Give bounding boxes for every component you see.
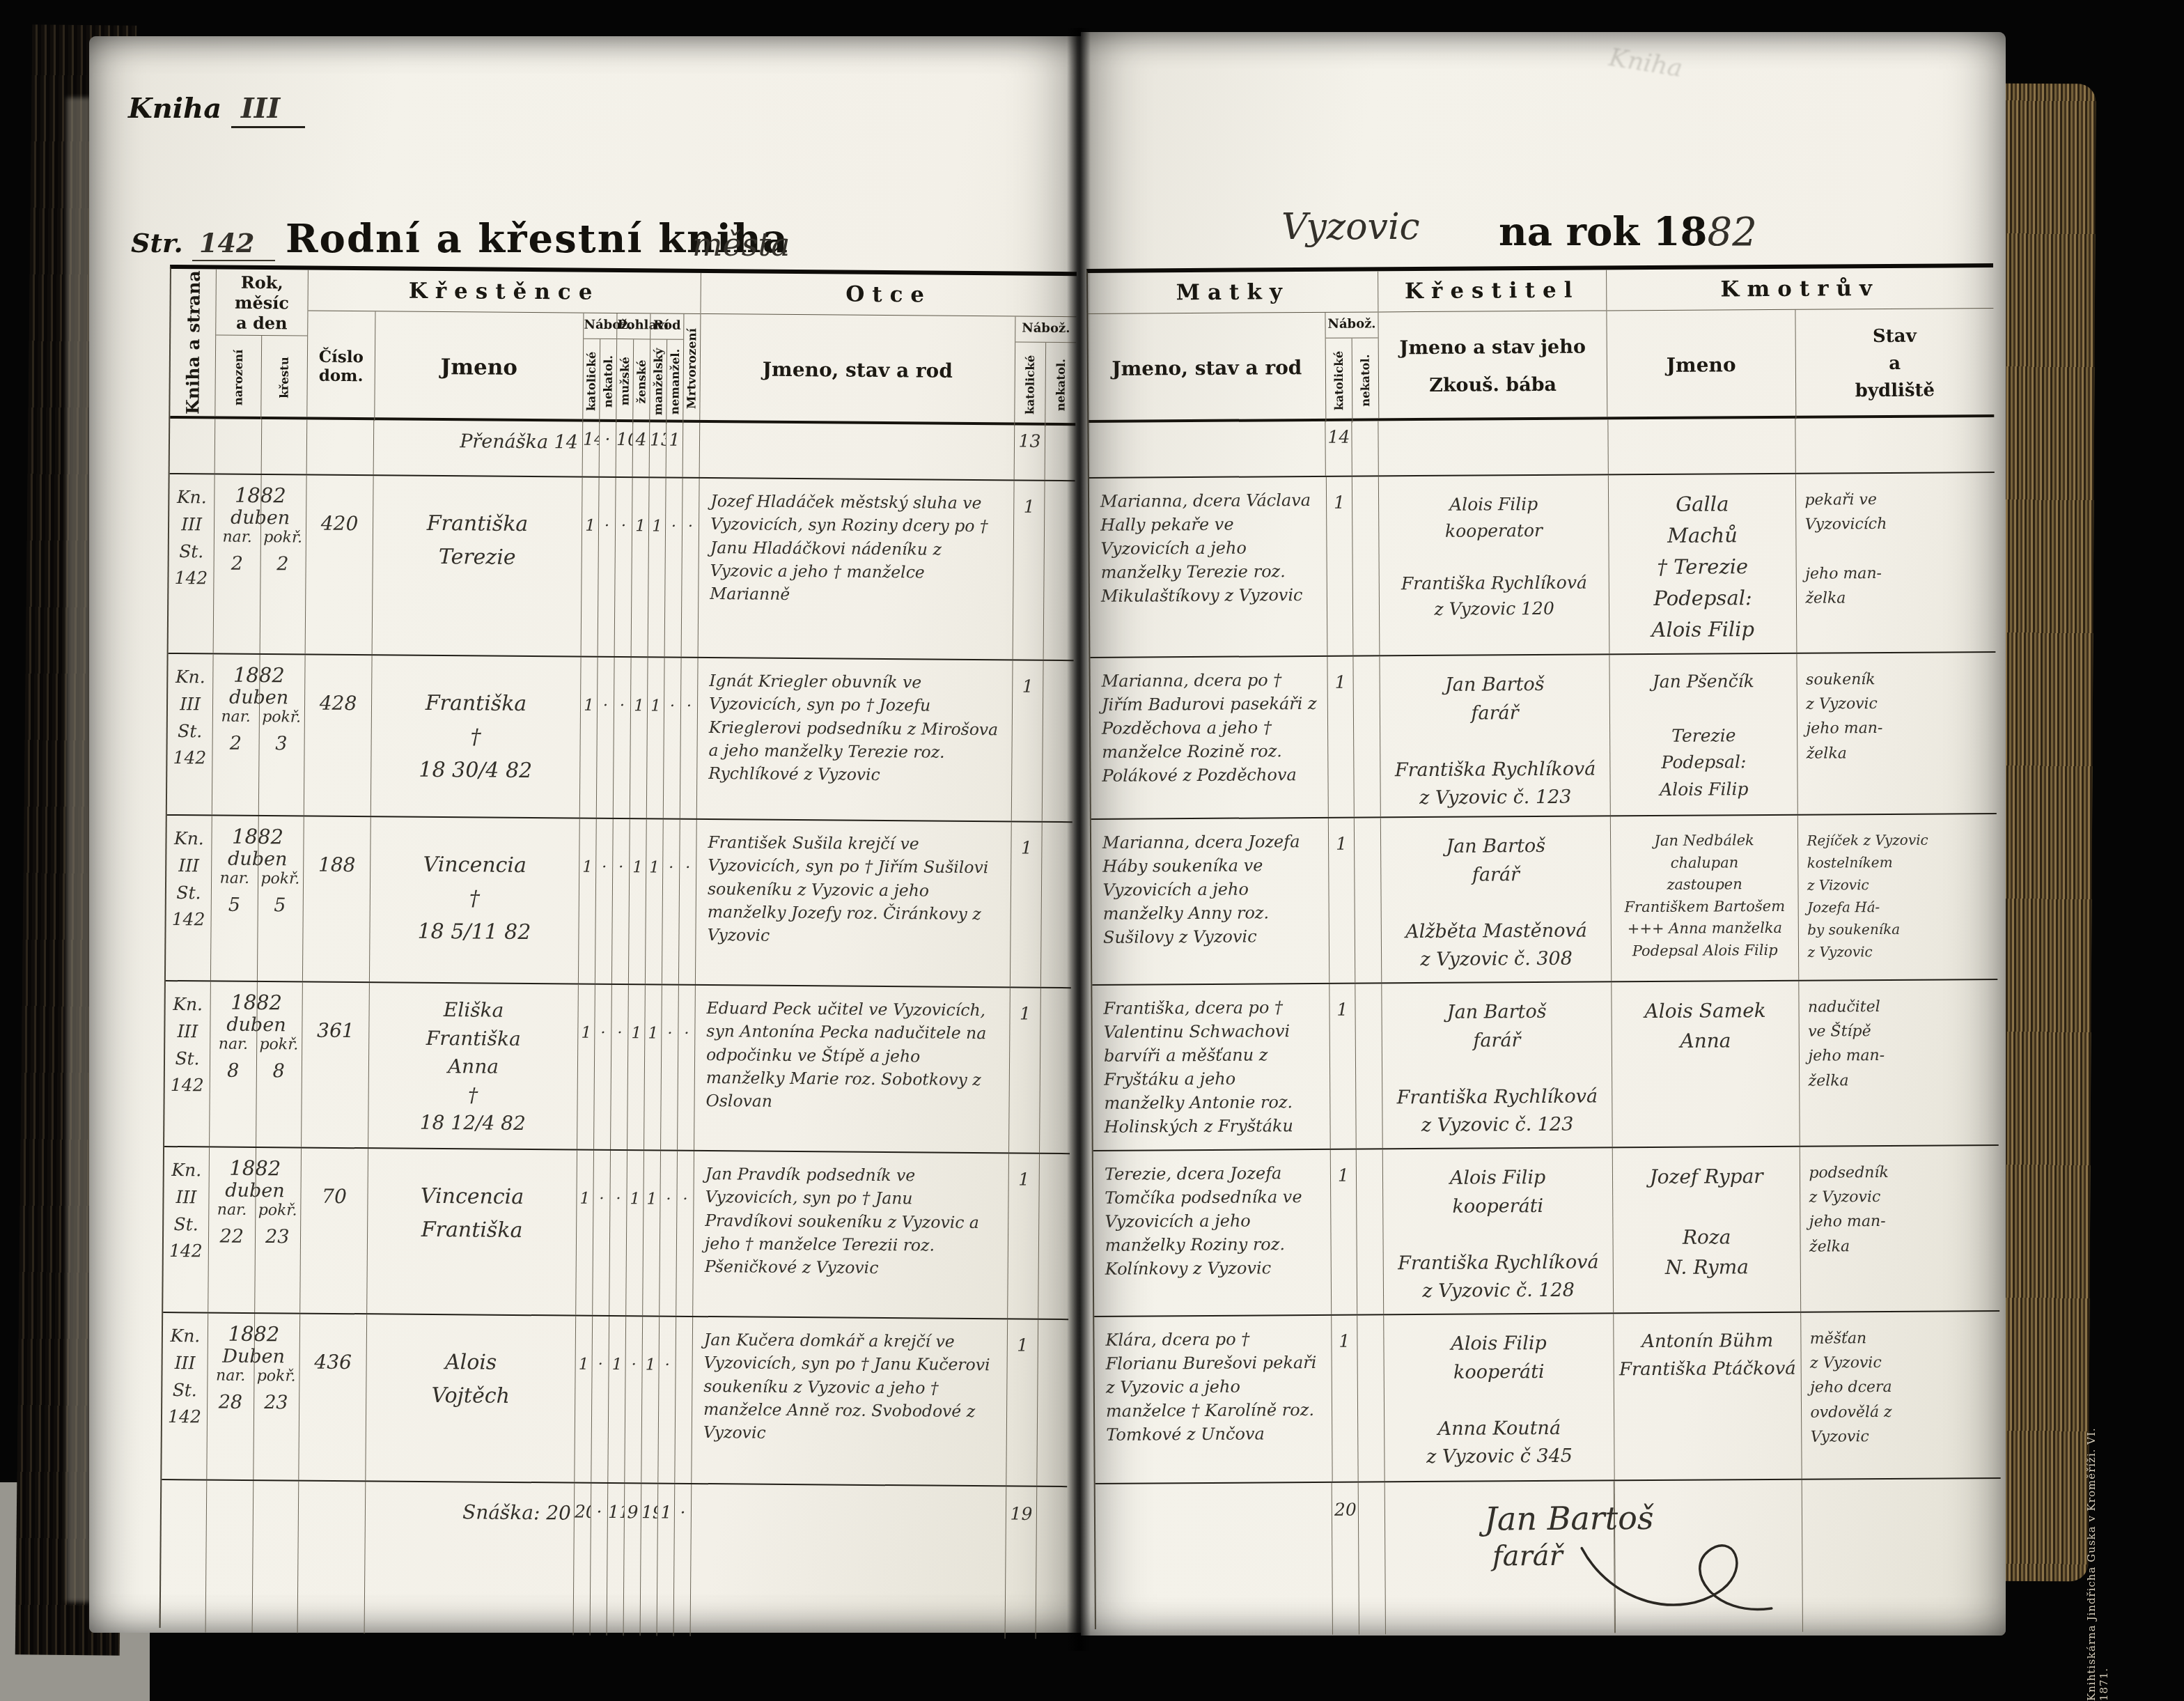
den-krtu: 23 [254,1219,300,1248]
jmeno-label: Jmeno [374,311,584,422]
cell-kmotr-stav: nadučitel ve Štípě jeho man- želka [1799,980,1999,1146]
den-narozeni: 22 [209,1218,255,1248]
col-nekatol: nekatol. [599,339,616,424]
matky-label: Matky [1088,271,1378,314]
nar-label: nar. [214,529,260,547]
cell-cislo-domu: 436 [298,1314,366,1481]
otec-jmeno-stav-rod-label: Jmeno, stav a rod [700,314,1015,426]
cell-matka-naboz: 1 [1331,1316,1358,1482]
rok-mesic-label: Rok, měsíc a den [216,270,308,336]
left-table-header: Kniha a strana Rok, měsíc a den narození… [170,269,1077,426]
register-row-5: Terezie, dcera Jozefa Tomčíka podsedníka… [1093,1146,1999,1317]
cell-matka-naboz-nekatol [1355,984,1382,1148]
matka-naboz-label: Nábož. [1325,312,1378,338]
cell-kniha-strana: Kn. III St. 142 [167,654,213,814]
title-hand-place: Vyzovic [1281,206,1420,248]
cell-cislo-domu: 420 [305,476,373,655]
cell-otec-naboz: 1 [1006,1319,1038,1485]
mark-nekatol: · [599,422,616,476]
mark-mrtvorozeni [674,1317,692,1483]
mark-nekatol: · [593,985,611,1149]
carryover-row: 14 [1089,417,1994,479]
col-katolicke: katolické [583,339,600,424]
cell-cislo-domu: 361 [301,983,369,1148]
cell-datum: 1882 duben nar.pokř. 55 [210,816,304,981]
mark-manzelsky: 1 [642,1151,660,1315]
mark-nekatol: · [591,1316,609,1482]
cell-datum: 1882 duben nar.pokř. 88 [209,981,302,1147]
cell-kniha-strana: Kn. III St. 142 [162,1313,208,1479]
mark-zenske: · [624,1316,642,1482]
cell-krestitel [1378,419,1608,475]
krestitel-label: Křestitel [1378,270,1606,312]
group-kmotruv: Kmotrův Jmeno Stav a bydliště [1606,267,1994,417]
mark-zenske: 1 [631,478,649,656]
cell-kniha-strana [170,419,215,474]
cell-kmotr-jmeno: Jan Nedbálek chalupan zastoupen Františk… [1610,816,1799,981]
cell-kmotr-stav: Rejíček z Vyzovic kostelníkem z Vizovic … [1797,814,1997,980]
mark-nekatol: · [590,1484,608,1636]
rod-label: Rod [650,313,683,339]
cell-kmotr-jmeno: Jozef Rypar Roza N. Ryma [1612,1147,1801,1313]
cell-datum [214,419,307,474]
mark-mrtvorozeni [682,423,700,477]
mark-zenske: 1 [630,658,648,818]
kmotruv-label: Kmotrův [1607,267,1993,311]
cell-prenaska: Přenáška 14 [373,420,583,476]
book-gutter-shadow [1067,28,1091,1651]
cell-matka-naboz-nekatol [1357,1315,1384,1481]
title-hand-mesta: města [692,226,790,263]
cell-kmotr-stav [1795,417,1995,473]
signature-flourish [1576,1526,1807,1632]
cell-otec: Eduard Peck učitel ve Vyzovicích, syn An… [694,986,1010,1153]
cell-matka-naboz: 1 [1329,1150,1357,1314]
mark-mrtvorozeni: · [678,820,696,984]
manzelsky-label: manželský [651,348,665,416]
cell-kmotr-jmeno [1607,419,1795,474]
pohlavi-label: Pohlaví [617,313,650,339]
cell-krestitel: Jan Bartoš farář Františka Rychlíková z … [1380,655,1610,816]
mark-mrtvorozeni: · [680,658,698,818]
col-muzske: mužské [616,339,633,424]
carryover-row: Přenáška 14 14 · 10 4 13 1 13 [170,419,1076,481]
cell-matka: Františka, dcera po † Valentinu Schwacho… [1092,984,1329,1150]
cell-matka-naboz-nekatol [1353,656,1380,816]
cell-jmeno: Vincencia Františka [366,1149,577,1314]
cell-krestitel: Alois Filip kooperator Františka Rychlík… [1378,475,1609,655]
cell-kmotr-jmeno: Alois Samek Anna [1611,981,1800,1147]
matka-jmeno-stav-rod-label: Jmeno, stav a rod [1088,313,1325,424]
cell-datum: 1882 duben nar.pokř. 22 [213,475,306,654]
left-table: Kniha a strana Rok, měsíc a den narození… [159,265,1077,1635]
den-krtu: 23 [253,1385,299,1414]
left-page: Kniha III Str. 142 Rodní a křestní kniha… [89,36,1081,1633]
scanned-register-page: Knihtiskárna Jindřicha Guska v Kroměříži… [0,0,2184,1701]
cell-matka-naboz: 1 [1325,477,1353,655]
cell-otec-naboz: 1 [1011,661,1043,821]
mark-manzelsky: 1 [645,819,663,984]
cislo-dom-label: Číslo dom. [307,311,375,421]
cell-otec-naboz: 1 [1007,1154,1039,1318]
col-naboz-matky: Nábož. katolické nekatol. [1325,312,1378,421]
cell-otec-naboz-nekatol [1036,1487,1068,1639]
otce-label: Otce [701,273,1076,317]
krestu-label: křestu [277,357,290,398]
str-label: Str. [131,227,183,258]
register-row-1: Marianna, dcera Václava Hally pekaře ve … [1089,473,1996,658]
nar-label: nar. [213,708,259,727]
den-krtu: 5 [257,887,303,917]
mark-zenske: 1 [628,819,646,984]
cell-otec-naboz: 1 [1013,481,1045,660]
den-narozeni: 2 [214,546,260,575]
pokr-label: pokř. [253,1367,299,1385]
mark-mrtvorozeni: · [673,1484,692,1636]
pokr-label: pokř. [255,1202,301,1220]
cell-cislo-domu: 188 [302,817,370,982]
col-pohlavi: Pohlaví mužské ženské [616,313,650,423]
cell-otec [699,423,1015,480]
register-row-1: Kn. III St. 142 1882 duben nar.pokř. 22 … [169,474,1075,661]
cell-cislo-domu [306,420,374,475]
mark-nemanzel: · [659,1151,677,1316]
col-matka-nekatol: nekatol. [1352,338,1379,422]
mark-zenske: 9 [623,1484,641,1636]
krestence-label: Křestěnce [308,270,700,314]
mark-nemanzel: · [660,986,678,1150]
cell-krestitel: Jan Bartoš farář Františka Rychlíková z … [1382,982,1612,1148]
mark-nekatol: · [598,478,616,656]
mark-katolicke: 1 [579,658,598,818]
col-rok-mesic-den: Rok, měsíc a den narození křestu [214,270,308,417]
mark-muzske: 11 [607,1484,625,1636]
cell-datum [205,1480,299,1633]
pokr-label: pokř. [260,529,306,547]
group-krestence: Křestěnce Číslo dom. Jmeno Nábož. katoli… [306,270,701,420]
mark-zenske: 1 [625,1151,643,1315]
register-row-6: Kn. III St. 142 1882 Duben nar.pokř. 282… [162,1313,1068,1487]
mark-muzske: · [613,658,631,818]
cell-kniha-strana [161,1480,207,1632]
den-narozeni: 8 [210,1053,256,1082]
pokr-label: pokř. [257,870,303,888]
page-stack-edge-right [1996,84,2096,1582]
cell-kniha-strana: Kn. III St. 142 [169,474,214,653]
mark-manzelsky: 19 [640,1484,658,1636]
kniha-number-line: Kniha III [128,92,305,125]
cell-matka [1089,421,1325,477]
cell-otec: Jan Kučera domkář a krejčí ve Vyzovicích… [691,1317,1007,1486]
kmotr-stav-label: Stav a bydliště [1795,309,1994,419]
mark-mrtvorozeni: · [677,986,695,1150]
mark-muzske: 10 [616,422,633,476]
nar-label: nar. [208,1367,253,1385]
cell-otec: Jozef Hladáček městský sluha ve Vyzovicí… [698,479,1014,660]
cell-kmotr-stav: soukeník z Vyzovic jeho man- želka [1797,653,1997,814]
mark-muzske: · [610,985,628,1149]
rok-hand: 82 [1708,210,1757,255]
mark-manzelsky: 1 [646,658,664,818]
title-rok-line: na rok 1882 [1499,209,1757,255]
naboz-label: Nábož. [584,313,616,339]
cell-jmeno: Františka † 18 30/4 82 [370,655,581,817]
cell-cislo-domu: 70 [299,1149,368,1314]
cell-otec: František Sušila krejčí ve Vyzovicích, s… [695,820,1011,987]
register-row-3: Kn. III St. 142 1882 duben nar.pokř. 55 … [166,816,1072,988]
cell-otec: Ignát Kriegler obuvník ve Vyzovicích, sy… [696,658,1013,821]
col-kniha-strana: Kniha a strana [170,269,216,416]
cell-matka-naboz: 14 [1325,421,1352,476]
cell-kmotr-jmeno: Antonín Bühm Františka Ptáčková [1613,1313,1802,1480]
cell-krestitel: Alois Filip kooperáti Františka Rychlíko… [1382,1148,1613,1314]
mark-katolicke: 1 [574,1316,592,1482]
mrtvorozeni-label: Mrtvorození [685,328,699,410]
group-otce: Otce Jmeno, stav a rod Nábož. katolické … [699,273,1077,423]
col-matka-katolicke: katolické [1326,339,1352,423]
cell-matka: Marianna, dcera po † Jiřím Badurovi pase… [1090,657,1327,818]
cell-datum: 1882 duben nar.pokř. 2223 [208,1147,301,1312]
register-row-4: Kn. III St. 142 1882 duben nar.pokř. 88 … [164,981,1071,1154]
cell-kmotr-stav [1802,1479,2002,1632]
register-row-6: Klára, dcera po † Florianu Burešovi peka… [1094,1312,2000,1484]
matka-nekatol-label: nekatol. [1359,354,1372,406]
col-manzelsky: manželský [650,339,666,424]
cell-matka: Klára, dcera po † Florianu Burešovi peka… [1094,1316,1332,1483]
cell-kniha-strana: Kn. III St. 142 [166,816,212,980]
col-naboz-dite: Nábož. katolické nekatol. [582,313,616,423]
cell-otec-naboz-nekatol [1038,1154,1070,1319]
mark-nemanzel: · [657,1317,676,1483]
den-narozeni: 28 [208,1384,253,1413]
mark-manzelsky: 1 [643,985,662,1149]
group-matky: Matky Jmeno, stav a rod Nábož. katolické… [1088,271,1378,420]
mark-katolicke: 1 [578,819,596,984]
cell-kmotr-stav: podsedník z Vyzovic jeho man- želka [1800,1146,1999,1312]
mark-nekatol: · [592,1151,610,1315]
mark-nekatol: · [596,658,614,818]
cell-jmeno: Alois Vojtěch [365,1314,575,1482]
mark-zenske: 4 [632,422,650,476]
mark-mrtvorozeni: · [676,1151,694,1316]
cell-datum: 1882 Duben nar.pokř. 2823 [206,1313,299,1479]
mark-katolicke: 1 [581,478,599,656]
cell-jmeno: Vincencia † 18 5/11 82 [369,817,579,983]
nemanzel-label: nemanžel. [668,349,682,415]
kniha-strana-label: Kniha a strana [182,270,204,414]
cell-snaska: Snáška: 20 [364,1482,575,1635]
den-krtu: 2 [260,546,306,575]
ink-ghost: Kniha [1607,43,1684,83]
cell-krestitel: Jan Bartoš farář Alžběta Mastěnová z Vyz… [1380,816,1611,982]
cell-jmeno: Františka Terezie [372,476,582,655]
cell-kmotr-stav: měšťan z Vyzovic jeho dcera ovdovělá z V… [1801,1312,2001,1479]
col-nemanzel: nemanžel. [666,340,683,424]
cell-matka-naboz: 1 [1329,984,1356,1149]
register-row-5: Kn. III St. 142 1882 duben nar.pokř. 222… [163,1147,1070,1320]
narozeni-label: narození [231,349,245,405]
col-rod: Rod manželský nemanžel. [649,313,683,423]
mark-katolicke: 20 [573,1484,591,1636]
cell-matka: Marianna, dcera Jozefa Háby soukeníka ve… [1091,818,1329,984]
cell-kmotr-stav: pekaři ve Vyzovicích jeho man- želka [1795,473,1995,653]
cell-otec-naboz: 13 [1014,426,1045,480]
mark-nemanzel: · [663,658,681,818]
nekatol-label: nekatol. [602,355,616,407]
den-narozeni: 5 [212,887,258,916]
cell-otec: Jan Pravdík podsedník ve Vyzovicích, syn… [692,1151,1008,1319]
na-rok-label: na rok 18 [1499,209,1708,255]
cell-matka: Terezie, dcera Jozefa Tomčíka podsedníka… [1093,1150,1331,1316]
matka-katolicke-label: katolické [1332,351,1346,410]
cell-otec-naboz: 1 [1008,988,1040,1153]
col-zenske: ženské [632,339,650,424]
mark-muzske: · [611,819,630,984]
mark-manzelsky: 1 [648,478,666,656]
mark-muzske: · [609,1151,627,1315]
cell-kniha-strana: Kn. III St. 142 [164,981,210,1146]
cell-matka-naboz-nekatol [1354,818,1381,982]
cell-cislo-domu [297,1482,366,1634]
cell-matka: Marianna, dcera Václava Hally pekaře ve … [1089,477,1327,657]
cell-kmotr-jmeno: Galla Machů † Terezie Podepsal: Alois Fi… [1608,474,1797,654]
mark-muzske: · [614,478,632,656]
register-row-3: Marianna, dcera Jozefa Háby soukeníka ve… [1091,814,1997,986]
pokr-label: pokř. [258,708,304,727]
printer-imprint: Knihtiskárna Jindřicha Guska v Kroměříži… [2085,1414,2110,1701]
page-stack-edge-left [67,98,91,1602]
cell-kmotr-jmeno: Jan Pšenčík Terezie Podepsal: Alois Fili… [1609,654,1797,816]
col-otec-katolicke: katolické [1015,343,1045,427]
otec-nekatol-label: nekatol. [1054,359,1068,411]
mark-nekatol: · [595,819,613,984]
den-krtu: 8 [256,1053,302,1082]
page-number-line: Str. 142 [131,227,275,258]
mark-mrtvorozeni: · [681,479,699,657]
mark-nemanzel: · [662,820,680,984]
kniha-number: III [231,92,305,128]
krestitel-sub-label: Jmeno a stav jeho Zkouš. bába [1378,311,1607,421]
col-mrtvorozeni: Mrtvorození [682,314,700,424]
den-krtu: 3 [258,726,304,755]
otec-katolicke-label: katolické [1023,355,1037,414]
cell-krestitel: Alois Filip kooperáti Anna Koutná z Vyzo… [1384,1314,1614,1481]
right-table-header: Matky Jmeno, stav a rod Nábož. katolické… [1088,267,1994,423]
mark-katolicke: 1 [575,1151,593,1315]
cell-otec-naboz: 19 [1005,1486,1037,1638]
cell-matka-naboz-nekatol [1356,1149,1383,1314]
register-row-2: Kn. III St. 142 1882 duben nar.pokř. 23 … [167,654,1074,823]
kniha-label: Kniha [128,92,221,125]
pokr-label: pokř. [256,1036,302,1054]
nar-label: nar. [210,1035,256,1053]
col-narozeni: narození [215,336,261,420]
mark-katolicke: 14 [582,422,600,476]
register-row-2: Marianna, dcera po † Jiřím Badurovi pase… [1090,653,1996,820]
cell-otec-naboz: 1 [1010,823,1042,987]
cell-matka-naboz-nekatol [1352,421,1378,475]
cell-cislo-domu: 428 [304,655,372,816]
parish-priest-signature: Jan Bartoš farář [1346,1498,1793,1574]
group-krestitel: Křestitel Jmeno a stav jeho Zkouš. bába [1378,270,1607,418]
zenske-label: ženské [635,359,648,403]
mark-nemanzel: 1 [666,423,683,477]
cell-otec-naboz-nekatol [1036,1320,1068,1486]
nar-label: nar. [209,1201,255,1219]
muzske-label: mužské [618,357,632,406]
mark-katolicke: 1 [577,985,595,1149]
mark-nemanzel: 1 [657,1484,675,1636]
totals-row: Snáška: 20 20 · 11 9 19 1 · 19 [161,1480,1068,1639]
mark-manzelsky: 1 [641,1316,659,1482]
str-number: 142 [192,227,275,261]
right-page: Kniha Vyzovic na rok 1882 Matky Jmeno, s… [1081,32,2006,1636]
mark-manzelsky: 13 [649,422,666,476]
register-row-4: Františka, dcera po † Valentinu Schwacho… [1092,980,1998,1151]
cell-matka-naboz-nekatol [1352,476,1380,655]
right-table: Matky Jmeno, stav a rod Nábož. katolické… [1086,263,2002,1629]
mark-nemanzel: · [664,479,682,657]
cell-otec-naboz-nekatol [1039,988,1071,1153]
cell-matka-naboz: 1 [1327,657,1354,817]
katolicke-label: katolické [585,352,599,411]
mark-muzske: 1 [607,1316,625,1482]
kmotr-jmeno-label: Jmeno [1607,310,1795,421]
den-narozeni: 2 [212,726,258,755]
cell-otec [690,1484,1006,1639]
cell-kniha-strana: Kn. III St. 142 [163,1147,209,1312]
cell-jmeno: Eliška Františka Anna † 18 12/4 82 [368,983,578,1149]
cell-matka-naboz: 1 [1327,818,1355,983]
cell-datum: 1882 duben nar.pokř. 23 [212,655,305,816]
nar-label: nar. [212,869,258,887]
col-krestu: křestu [260,336,307,420]
totals-row: 20 Jan Bartoš farář [1095,1479,2002,1636]
mark-zenske: 1 [627,985,645,1149]
